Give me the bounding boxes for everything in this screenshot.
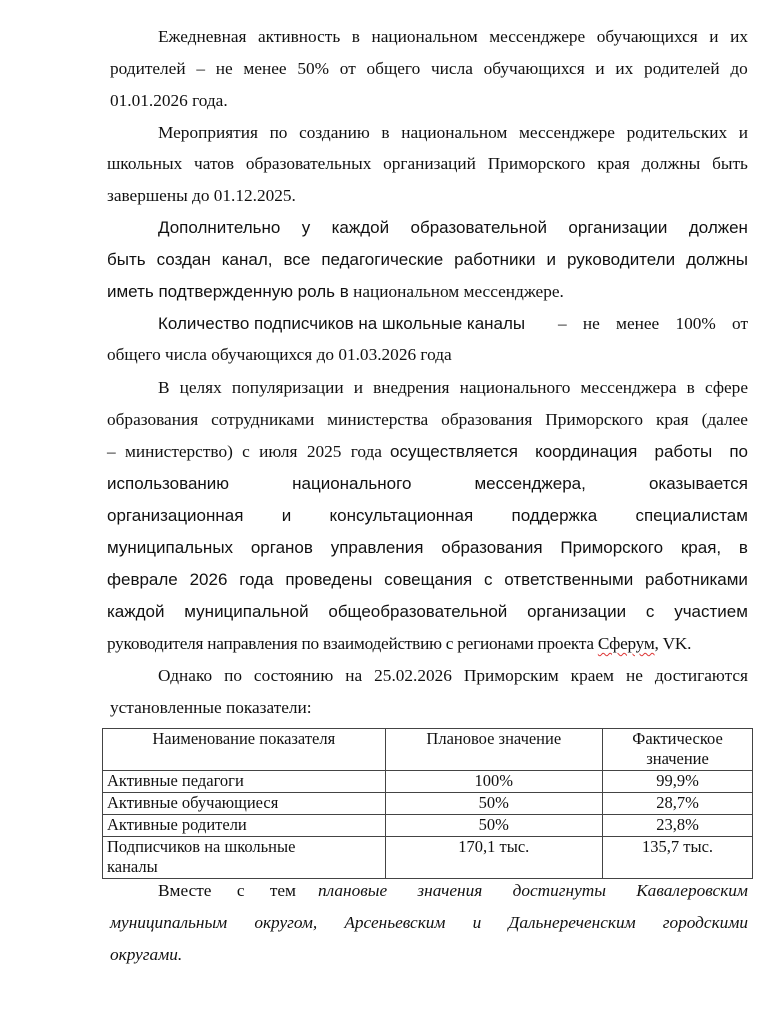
- text-span: 01.01.2026 года.: [110, 91, 228, 110]
- text-line: муниципальныхоргановуправленияобразовани…: [107, 538, 748, 558]
- word: образовательных: [246, 154, 372, 174]
- text-line: организационнаяиконсультационнаяподдержк…: [107, 506, 748, 526]
- word: –: [558, 314, 567, 334]
- word: достигнуты: [513, 881, 606, 901]
- cell-indicator-name: Активные обучающиеся: [103, 793, 386, 815]
- word: Вместе: [158, 881, 211, 901]
- word: краем: [571, 666, 614, 686]
- word: управления: [331, 538, 424, 558]
- word: родительских: [627, 123, 728, 143]
- justified-line: школьныхчатовобразовательныхорганизацийП…: [107, 154, 748, 174]
- text-span: –неменее100%от: [558, 314, 748, 334]
- word: не: [583, 314, 600, 334]
- text-span: общего числа обучающихся до 01.03.2026 г…: [107, 345, 452, 364]
- word: 50%: [297, 59, 329, 79]
- text-line: Количество подписчиков на школьные канал…: [158, 314, 748, 334]
- word: родителей: [644, 59, 720, 79]
- text-line: руководителя направления по взаимодейств…: [107, 634, 691, 654]
- text-line: –министерство)сиюля2025года осуществляет…: [107, 442, 748, 462]
- word: чатов: [194, 154, 234, 174]
- text-span: Количество подписчиков на школьные канал…: [158, 314, 525, 334]
- word: состоянию: [254, 666, 333, 686]
- word: мессенджере: [519, 123, 615, 143]
- justified-line: Дополнительноукаждойобразовательнойорган…: [158, 218, 748, 238]
- justified-line: бытьсозданканал,всепедагогическиеработни…: [107, 250, 748, 270]
- word: Арсеньевским: [344, 913, 445, 933]
- word: с: [646, 602, 655, 622]
- cell-fact-value: 23,8%: [603, 815, 753, 837]
- text-line: родителей–неменее50%отобщегочислаобучающ…: [110, 59, 748, 79]
- word: организационная: [107, 506, 243, 526]
- text-line: Дополнительноукаждойобразовательнойорган…: [158, 218, 748, 238]
- justified-line: использованиюнациональногомессенджера,ок…: [107, 474, 748, 494]
- word: общего: [367, 59, 421, 79]
- word: Приморским: [464, 666, 559, 686]
- cell-fact-value: 99,9%: [603, 771, 753, 793]
- word: городскими: [663, 913, 748, 933]
- word: национальном: [372, 27, 478, 47]
- table-header-row: Наименование показателя Плановое значени…: [103, 729, 753, 771]
- word: муниципальным: [110, 913, 227, 933]
- text-span: руководителя направления по взаимодейств…: [107, 634, 594, 653]
- text-span: осуществляетсякоординацияработыпо: [390, 442, 748, 462]
- word: Однако: [158, 666, 212, 686]
- word: в: [739, 538, 748, 558]
- justified-line: каждоймуниципальнойобщеобразовательнойор…: [107, 602, 748, 622]
- justified-line: муниципальныхоргановуправленияобразовани…: [107, 538, 748, 558]
- cell-fact-value: 28,7%: [603, 793, 753, 815]
- word: мессенджере: [489, 27, 585, 47]
- word: от: [732, 314, 748, 334]
- word: и: [739, 123, 748, 143]
- word: 2025: [307, 442, 342, 462]
- word: 100%: [675, 314, 715, 334]
- word: значения: [417, 881, 482, 901]
- word: Приморского: [488, 154, 586, 174]
- word: каждой: [332, 218, 390, 238]
- word: родителей: [110, 59, 186, 79]
- justified-line: родителей–неменее50%отобщегочислаобучающ…: [110, 59, 748, 79]
- text-line: бытьсозданканал,всепедагогическиеработни…: [107, 250, 748, 270]
- word: в: [352, 27, 360, 47]
- word: министерства: [327, 410, 428, 430]
- word: созданию: [299, 123, 370, 143]
- word: с: [237, 881, 245, 901]
- word: и: [473, 913, 482, 933]
- word: края,: [681, 538, 721, 558]
- word: плановые: [318, 881, 387, 901]
- word: быть: [107, 250, 146, 270]
- word: сфере: [705, 378, 748, 398]
- word: года: [351, 442, 382, 462]
- word: совещания: [384, 570, 472, 590]
- word: и: [354, 378, 363, 398]
- table-row: Активные обучающиеся 50% 28,7%: [103, 793, 753, 815]
- word: руководители: [567, 250, 675, 270]
- word: организаций: [383, 154, 476, 174]
- word: быть: [712, 154, 748, 174]
- text-line: иметь подтвержденную роль в национальном…: [107, 282, 564, 302]
- word: проведены: [285, 570, 372, 590]
- word: консультационная: [329, 506, 473, 526]
- word: не: [216, 59, 233, 79]
- word: от: [340, 59, 356, 79]
- word: работы: [654, 442, 712, 462]
- word: создан: [157, 250, 211, 270]
- word: координация: [535, 442, 637, 462]
- word: до: [730, 59, 747, 79]
- word: и: [282, 506, 292, 526]
- cell-indicator-name: Подписчиков на школьные каналы: [103, 837, 386, 879]
- text-span: национальном мессенджере.: [353, 282, 564, 301]
- word: министерство): [125, 442, 233, 462]
- text-line: округами.: [110, 945, 182, 965]
- text-span: иметь подтвержденную роль в: [107, 282, 349, 301]
- text-line: завершены до 01.12.2025.: [107, 186, 296, 206]
- word: в: [687, 378, 695, 398]
- justified-line: феврале2026годапроведенысовещаниясответс…: [107, 570, 748, 590]
- text-span: , VK.: [655, 634, 692, 653]
- justified-line: Мероприятияпосозданиювнациональноммессен…: [158, 123, 748, 143]
- spellcheck-flagged-word[interactable]: Сферум: [598, 634, 655, 653]
- word: участием: [674, 602, 748, 622]
- word: числа: [431, 59, 473, 79]
- word: сотрудниками: [211, 410, 314, 430]
- word: в: [381, 123, 389, 143]
- word: ответственными: [504, 570, 633, 590]
- word: муниципальной: [184, 602, 308, 622]
- text-line: феврале2026годапроведенысовещаниясответс…: [107, 570, 748, 590]
- word: все: [284, 250, 311, 270]
- word: органов: [251, 538, 313, 558]
- text-line: Ежедневнаяактивностьвнациональноммессенд…: [158, 27, 748, 47]
- word: Дальнереченским: [508, 913, 635, 933]
- word: обучающихся: [597, 27, 698, 47]
- word: национального: [460, 378, 571, 398]
- word: феврале: [107, 570, 178, 590]
- text-line: установленные показатели:: [110, 698, 312, 718]
- word: и: [709, 27, 718, 47]
- text-line: 01.01.2026 года.: [110, 91, 228, 111]
- word: педагогические: [321, 250, 443, 270]
- word: года: [239, 570, 273, 590]
- indicators-table: Наименование показателя Плановое значени…: [102, 728, 753, 879]
- word: с: [242, 442, 250, 462]
- word: 25.02.2026: [374, 666, 452, 686]
- word: Ежедневная: [158, 27, 246, 47]
- word: и: [547, 250, 557, 270]
- word: Кавалеровским: [636, 881, 748, 901]
- word: –: [107, 442, 116, 462]
- word: поддержка: [511, 506, 597, 526]
- text-line: Вместестем плановыезначениядостигнутыКав…: [158, 881, 748, 901]
- word: целях: [180, 378, 222, 398]
- text-line: муниципальнымокругом,АрсеньевскимиДальне…: [110, 913, 748, 933]
- cell-plan-value: 50%: [385, 793, 603, 815]
- word: организации: [527, 602, 626, 622]
- justified-line: Однакопосостояниюна25.02.2026Приморскимк…: [158, 666, 748, 686]
- text-line: использованиюнациональногомессенджера,ок…: [107, 474, 748, 494]
- word: по: [224, 666, 242, 686]
- text-span: плановыезначениядостигнутыКавалеровским: [318, 881, 748, 901]
- word: края: [597, 154, 630, 174]
- word: мессенджера: [581, 378, 677, 398]
- table-row: Активные родители 50% 23,8%: [103, 815, 753, 837]
- word: оказывается: [649, 474, 748, 494]
- word: должны: [642, 154, 701, 174]
- word: 2026: [190, 570, 228, 590]
- word: на: [345, 666, 362, 686]
- text-line: школьныхчатовобразовательныхорганизацийП…: [107, 154, 748, 174]
- text-span: Вместестем: [158, 881, 296, 901]
- justified-line: муниципальнымокругом,АрсеньевскимиДальне…: [110, 913, 748, 933]
- text-span: установленные показатели:: [110, 698, 312, 717]
- word: у: [302, 218, 311, 238]
- word: и: [595, 59, 604, 79]
- word: мессенджера,: [474, 474, 585, 494]
- word: их: [730, 27, 748, 47]
- cell-plan-value: 170,1 тыс.: [385, 837, 603, 879]
- word: по: [270, 123, 288, 143]
- justified-line: образованиясотрудникамиминистерстваобраз…: [107, 410, 748, 430]
- cell-indicator-name: Активные родители: [103, 815, 386, 837]
- text-span: завершены до 01.12.2025.: [107, 186, 296, 205]
- word: национальном: [401, 123, 507, 143]
- word: каждой: [107, 602, 165, 622]
- word: Приморского: [545, 410, 643, 430]
- word: осуществляется: [390, 442, 518, 462]
- word: внедрения: [373, 378, 449, 398]
- header-indicator-name: Наименование показателя: [103, 729, 386, 771]
- word: должны: [686, 250, 748, 270]
- word: работники: [454, 250, 535, 270]
- word: (далее: [702, 410, 748, 430]
- word: канал,: [222, 250, 273, 270]
- word: активность: [258, 27, 340, 47]
- text-line: образованиясотрудникамиминистерстваобраз…: [107, 410, 748, 430]
- word: Приморского: [560, 538, 663, 558]
- table-row: Активные педагоги 100% 99,9%: [103, 771, 753, 793]
- word: достигаются: [655, 666, 748, 686]
- text-line: Однакопосостояниюна25.02.2026Приморскимк…: [158, 666, 748, 686]
- word: менее: [616, 314, 659, 334]
- word: июля: [259, 442, 297, 462]
- word: округом,: [254, 913, 317, 933]
- text-span: –министерство)сиюля2025года: [107, 442, 382, 462]
- word: –: [196, 59, 205, 79]
- word: с: [484, 570, 493, 590]
- text-line: Вцеляхпопуляризацииивнедрениянационально…: [158, 378, 748, 398]
- header-fact-value: Фактическое значение: [603, 729, 753, 771]
- word: В: [158, 378, 170, 398]
- word: школьных: [107, 154, 182, 174]
- cell-plan-value: 100%: [385, 771, 603, 793]
- table-row: Подписчиков на школьные каналы 170,1 тыс…: [103, 837, 753, 879]
- word: их: [615, 59, 633, 79]
- cell-fact-value: 135,7 тыс.: [603, 837, 753, 879]
- word: образования: [107, 410, 198, 430]
- word: образования: [441, 538, 542, 558]
- word: популяризации: [232, 378, 344, 398]
- justified-line: организационнаяиконсультационнаяподдержк…: [107, 506, 748, 526]
- word: по: [729, 442, 748, 462]
- cell-plan-value: 50%: [385, 815, 603, 837]
- text-line: каждоймуниципальнойобщеобразовательнойор…: [107, 602, 748, 622]
- justified-line: Ежедневнаяактивностьвнациональноммессенд…: [158, 27, 748, 47]
- word: края: [656, 410, 689, 430]
- word: обучающихся: [484, 59, 585, 79]
- word: специалистам: [635, 506, 748, 526]
- text-line: общего числа обучающихся до 01.03.2026 г…: [107, 345, 452, 365]
- word: образовательной: [411, 218, 548, 238]
- word: образования: [441, 410, 532, 430]
- justified-line: Вцеляхпопуляризацииивнедрениянационально…: [158, 378, 748, 398]
- header-plan-value: Плановое значение: [385, 729, 603, 771]
- text-span: округами.: [110, 945, 182, 964]
- word: Дополнительно: [158, 218, 280, 238]
- word: тем: [270, 881, 296, 901]
- cell-indicator-name: Активные педагоги: [103, 771, 386, 793]
- word: организации: [568, 218, 667, 238]
- word: менее: [243, 59, 286, 79]
- word: работниками: [645, 570, 748, 590]
- word: национального: [292, 474, 411, 494]
- word: Мероприятия: [158, 123, 258, 143]
- word: использованию: [107, 474, 229, 494]
- word: должен: [689, 218, 748, 238]
- word: муниципальных: [107, 538, 233, 558]
- text-line: Мероприятияпосозданиювнациональноммессен…: [158, 123, 748, 143]
- word: общеобразовательной: [328, 602, 507, 622]
- word: не: [626, 666, 643, 686]
